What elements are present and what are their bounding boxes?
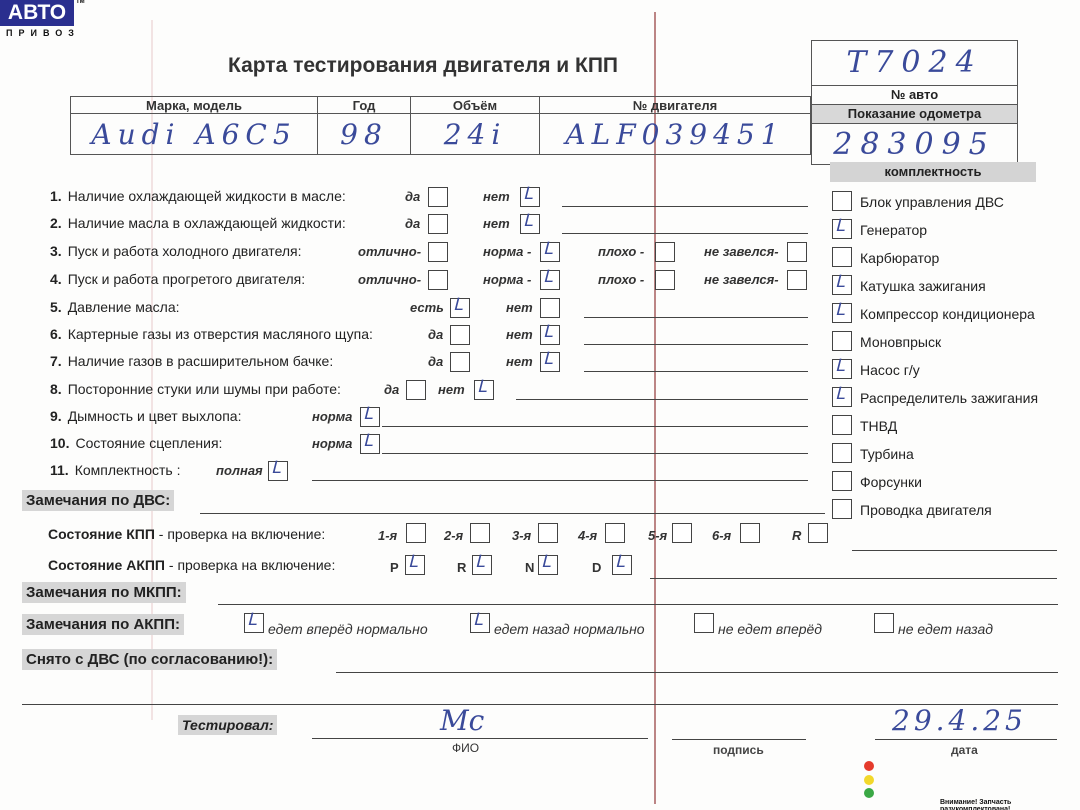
- checkbox-q5-1[interactable]: ᒪ: [450, 298, 470, 318]
- komplekt-checkbox-2[interactable]: ᒪ: [832, 219, 852, 239]
- checkmark-icon: ᒪ: [363, 404, 372, 424]
- akpp-gear-checkbox[interactable]: ᒪ: [405, 555, 425, 575]
- notes-line-q2[interactable]: [562, 233, 808, 234]
- question-11: 11.Комплектность :: [50, 462, 181, 478]
- checkbox-q2-2[interactable]: ᒪ: [520, 214, 540, 234]
- option-label: плохо -: [598, 272, 644, 287]
- option-label: полная: [216, 463, 263, 478]
- odometer-value[interactable]: 283095: [812, 124, 1017, 164]
- date-caption: дата: [951, 743, 978, 757]
- komplekt-checkbox-3[interactable]: [832, 247, 852, 267]
- akpp-gear-checkbox[interactable]: ᒪ: [538, 555, 558, 575]
- checkbox-q8-1[interactable]: [406, 380, 426, 400]
- checkbox-q4-3[interactable]: [655, 270, 675, 290]
- kpp-gear-checkbox[interactable]: [406, 523, 426, 543]
- question-text: Комплектность :: [75, 462, 181, 478]
- option-label: есть: [410, 300, 444, 315]
- akpp-label-rest: - проверка на включение:: [165, 557, 335, 573]
- option-label: норма -: [483, 244, 531, 259]
- checkmark-icon: ᒪ: [835, 272, 844, 292]
- komplekt-checkbox-10[interactable]: [832, 443, 852, 463]
- question-5: 5.Давление масла:: [50, 299, 180, 315]
- komplekt-item-label: Генератор: [860, 222, 927, 238]
- notes-line-q7[interactable]: [584, 371, 808, 372]
- komplekt-checkbox-6[interactable]: [832, 331, 852, 351]
- komplekt-checkbox-7[interactable]: ᒪ: [832, 359, 852, 379]
- akpp-gear-label: N: [525, 560, 534, 575]
- signature-line[interactable]: [672, 739, 806, 740]
- checkmark-icon: ᒪ: [408, 552, 417, 572]
- checkmark-icon: ᒪ: [543, 322, 552, 342]
- komplekt-checkbox-5[interactable]: ᒪ: [832, 303, 852, 323]
- komplekt-item-label: Форсунки: [860, 474, 922, 490]
- checkbox-q5-2[interactable]: [540, 298, 560, 318]
- kpp-gear-label: 6-я: [712, 528, 731, 543]
- page-title: Карта тестирования двигателя и КПП: [228, 54, 618, 78]
- akpp-label-bold: Состояние АКПП: [48, 557, 165, 573]
- komplekt-checkbox-11[interactable]: [832, 471, 852, 491]
- make-value[interactable]: Audi A6C5: [71, 114, 318, 155]
- akpp-gear-label: P: [390, 560, 399, 575]
- akpp-gear-checkbox[interactable]: ᒪ: [472, 555, 492, 575]
- question-number: 5.: [50, 299, 62, 315]
- question-text: Дымность и цвет выхлопа:: [68, 408, 242, 424]
- checkbox-q6-1[interactable]: [450, 325, 470, 345]
- question-text: Состояние сцепления:: [75, 435, 222, 451]
- remarks-akpp-label: Замечания по АКПП:: [22, 614, 184, 635]
- checkmark-icon: ᒪ: [835, 300, 844, 320]
- checkbox-q3-2[interactable]: ᒪ: [540, 242, 560, 262]
- notes-line-q5[interactable]: [584, 317, 808, 318]
- status-dot-red: [864, 761, 874, 771]
- akpp-gear-checkbox[interactable]: ᒪ: [612, 555, 632, 575]
- komplekt-checkbox-4[interactable]: ᒪ: [832, 275, 852, 295]
- warning-text: Внимание! Запчасть разукомплектована!: [940, 799, 1080, 810]
- komplektnost-header: комплектность: [830, 162, 1036, 182]
- question-text: Посторонние стуки или шумы при работе:: [68, 381, 341, 397]
- option-label: плохо -: [598, 244, 644, 259]
- removed-line[interactable]: [336, 672, 1058, 673]
- akpp-remark-checkbox[interactable]: ᒪ: [470, 613, 490, 633]
- question-number: 11.: [50, 462, 69, 478]
- akpp-remark-label: едет назад нормально: [494, 621, 645, 637]
- engine-no-value[interactable]: ALF039451: [540, 114, 811, 155]
- checkbox-q4-1[interactable]: [428, 270, 448, 290]
- komplekt-item-label: Проводка двигателя: [860, 502, 992, 518]
- question-number: 4.: [50, 271, 62, 287]
- question-7: 7.Наличие газов в расширительном бачке:: [50, 353, 333, 369]
- question-2: 2.Наличие масла в охлаждающей жидкости:: [50, 215, 346, 231]
- question-9: 9.Дымность и цвет выхлопа:: [50, 408, 241, 424]
- date-line[interactable]: [875, 739, 1057, 740]
- kpp-gear-label: 4-я: [578, 528, 597, 543]
- question-8: 8.Посторонние стуки или шумы при работе:: [50, 381, 341, 397]
- option-label: нет: [438, 382, 465, 397]
- question-number: 6.: [50, 326, 62, 342]
- checkbox-q2-1[interactable]: [428, 214, 448, 234]
- kpp-gear-checkbox[interactable]: [538, 523, 558, 543]
- year-value[interactable]: 98: [318, 114, 411, 155]
- komplekt-item-label: Моновпрыск: [860, 334, 941, 350]
- option-label: да: [428, 354, 443, 369]
- signature-caption: подпись: [713, 743, 764, 757]
- komplekt-item-label: Распределитель зажигания: [860, 390, 1038, 406]
- removed-label: Снято с ДВС (по согласованию!):: [22, 649, 277, 670]
- kpp-notes-line[interactable]: [852, 550, 1057, 551]
- akpp-gear-label: R: [457, 560, 466, 575]
- option-label: нет: [483, 189, 510, 204]
- question-number: 3.: [50, 243, 62, 259]
- status-dot-yellow: [864, 775, 874, 785]
- trademark: TM: [76, 0, 85, 5]
- option-label: норма: [312, 436, 352, 451]
- checkmark-icon: ᒪ: [363, 431, 372, 451]
- question-text: Картерные газы из отверстия масляного щу…: [68, 326, 373, 342]
- col-header-year: Год: [318, 97, 411, 114]
- odometer-label: Показание одометра: [812, 105, 1017, 124]
- checkmark-icon: ᒪ: [523, 184, 532, 204]
- option-label: да: [428, 327, 443, 342]
- option-label: нет: [483, 216, 510, 231]
- checkbox-q9-1[interactable]: ᒪ: [360, 407, 380, 427]
- checkmark-icon: ᒪ: [835, 216, 844, 236]
- akpp-remark-label: не едет назад: [898, 621, 993, 637]
- kpp-gear-label: 5-я: [648, 528, 667, 543]
- checkbox-q7-1[interactable]: [450, 352, 470, 372]
- komplekt-item-label: Карбюратор: [860, 250, 939, 266]
- kpp-gear-label: R: [792, 528, 801, 543]
- checkmark-icon: ᒪ: [615, 552, 624, 572]
- komplekt-checkbox-12[interactable]: [832, 499, 852, 519]
- col-header-make: Марка, модель: [71, 97, 318, 114]
- akpp-remark-checkbox[interactable]: [874, 613, 894, 633]
- volume-value[interactable]: 24i: [411, 114, 540, 155]
- question-text: Пуск и работа прогретого двигателя:: [68, 271, 305, 287]
- akpp-label: Состояние АКПП - проверка на включение:: [48, 557, 335, 573]
- question-number: 2.: [50, 215, 62, 231]
- checkmark-icon: ᒪ: [475, 552, 484, 572]
- checkbox-q1-1[interactable]: [428, 187, 448, 207]
- kpp-gear-label: 1-я: [378, 528, 397, 543]
- question-10: 10.Состояние сцепления:: [50, 435, 222, 451]
- checkbox-q3-3[interactable]: [655, 242, 675, 262]
- question-number: 9.: [50, 408, 62, 424]
- komplekt-checkbox-1[interactable]: [832, 191, 852, 211]
- question-text: Давление масла:: [68, 299, 180, 315]
- question-number: 7.: [50, 353, 62, 369]
- option-label: да: [405, 216, 420, 231]
- checkmark-icon: ᒪ: [835, 384, 844, 404]
- option-label: нет: [506, 300, 533, 315]
- question-number: 8.: [50, 381, 62, 397]
- kpp-gear-checkbox[interactable]: [470, 523, 490, 543]
- option-label: да: [405, 189, 420, 204]
- option-label: нет: [506, 354, 533, 369]
- option-label: норма: [312, 409, 352, 424]
- kpp-gear-label: 2-я: [444, 528, 463, 543]
- question-text: Пуск и работа холодного двигателя:: [68, 243, 302, 259]
- akpp-remark-label: едет вперёд нормально: [268, 621, 428, 637]
- checkbox-q4-2[interactable]: ᒪ: [540, 270, 560, 290]
- kpp-gear-checkbox[interactable]: [605, 523, 625, 543]
- akpp-remark-checkbox[interactable]: ᒪ: [244, 613, 264, 633]
- remarks-mkpp-line[interactable]: [218, 604, 1058, 605]
- komplekt-item-label: ТНВД: [860, 418, 897, 434]
- checkmark-icon: ᒪ: [523, 211, 532, 231]
- tested-label: Тестировал:: [178, 715, 277, 735]
- question-3: 3.Пуск и работа холодного двигателя:: [50, 243, 302, 259]
- option-label: норма -: [483, 272, 531, 287]
- kpp-gear-checkbox[interactable]: [740, 523, 760, 543]
- akpp-remark-label: не едет вперёд: [718, 621, 822, 637]
- checkbox-q10-1[interactable]: ᒪ: [360, 434, 380, 454]
- option-label: не завелся-: [704, 244, 779, 259]
- kpp-gear-checkbox[interactable]: [808, 523, 828, 543]
- auto-box: T7024 № авто Показание одометра 283095: [811, 40, 1018, 165]
- remarks-dvs-line[interactable]: [200, 513, 825, 514]
- date-value[interactable]: 29.4.25: [892, 704, 1027, 737]
- akpp-remark-checkbox[interactable]: [694, 613, 714, 633]
- option-label: отлично-: [358, 272, 421, 287]
- kpp-gear-label: 3-я: [512, 528, 531, 543]
- komplekt-checkbox-8[interactable]: ᒪ: [832, 387, 852, 407]
- akpp-notes-line[interactable]: [650, 578, 1057, 579]
- col-header-engine-no: № двигателя: [540, 97, 811, 114]
- komplekt-item-label: Компрессор кондиционера: [860, 306, 1035, 322]
- vehicle-header-table: Марка, модель Год Объём № двигателя Audi…: [70, 96, 811, 155]
- komplekt-item-label: Блок управления ДВС: [860, 194, 1004, 210]
- notes-line-q8[interactable]: [516, 399, 808, 400]
- checkmark-icon: ᒪ: [453, 295, 462, 315]
- kpp-label-rest: - проверка на включение:: [155, 526, 325, 542]
- kpp-label-bold: Состояние КПП: [48, 526, 155, 542]
- kpp-gear-checkbox[interactable]: [672, 523, 692, 543]
- komplekt-item-label: Турбина: [860, 446, 914, 462]
- komplekt-item-label: Катушка зажигания: [860, 278, 986, 294]
- remarks-dvs-label: Замечания по ДВС:: [22, 490, 174, 511]
- logo-subtitle: ПРИВОЗ: [6, 28, 80, 38]
- checkbox-q3-4[interactable]: [787, 242, 807, 262]
- checkmark-icon: ᒪ: [271, 458, 280, 478]
- remarks-mkpp-label: Замечания по МКПП:: [22, 582, 186, 603]
- fio-caption: ФИО: [452, 741, 479, 755]
- question-4: 4.Пуск и работа прогретого двигателя:: [50, 271, 305, 287]
- checkmark-icon: ᒪ: [543, 267, 552, 287]
- fio-value[interactable]: Мс: [440, 704, 484, 737]
- notes-line-q6[interactable]: [584, 344, 808, 345]
- status-dot-green: [864, 788, 874, 798]
- checkbox-q8-2[interactable]: ᒪ: [474, 380, 494, 400]
- checkmark-icon: ᒪ: [835, 356, 844, 376]
- checkbox-q3-1[interactable]: [428, 242, 448, 262]
- option-label: отлично-: [358, 244, 421, 259]
- notes-line-q1[interactable]: [562, 206, 808, 207]
- akpp-gear-label: D: [592, 560, 601, 575]
- fio-line[interactable]: [312, 738, 648, 739]
- checkmark-icon: ᒪ: [543, 349, 552, 369]
- auto-number-value[interactable]: T7024: [812, 41, 1017, 86]
- checkmark-icon: ᒪ: [543, 239, 552, 259]
- notes-line-q9[interactable]: [382, 426, 808, 427]
- checkbox-q1-2[interactable]: ᒪ: [520, 187, 540, 207]
- question-text: Наличие охлаждающей жидкости в масле:: [68, 188, 346, 204]
- checkmark-icon: ᒪ: [473, 610, 482, 630]
- question-text: Наличие масла в охлаждающей жидкости:: [68, 215, 346, 231]
- option-label: да: [384, 382, 399, 397]
- komplekt-item-label: Насос г/у: [860, 362, 920, 378]
- checkbox-q6-2[interactable]: ᒪ: [540, 325, 560, 345]
- option-label: нет: [506, 327, 533, 342]
- col-header-volume: Объём: [411, 97, 540, 114]
- checkbox-q11-1[interactable]: ᒪ: [268, 461, 288, 481]
- checkmark-icon: ᒪ: [477, 377, 486, 397]
- question-number: 1.: [50, 188, 62, 204]
- auto-number-label: № авто: [812, 86, 1017, 105]
- option-label: не завелся-: [704, 272, 779, 287]
- notes-line-q10[interactable]: [382, 453, 808, 454]
- logo: АВТО: [0, 0, 74, 26]
- checkbox-q7-2[interactable]: ᒪ: [540, 352, 560, 372]
- checkmark-icon: ᒪ: [247, 610, 256, 630]
- checkbox-q4-4[interactable]: [787, 270, 807, 290]
- question-1: 1.Наличие охлаждающей жидкости в масле:: [50, 188, 346, 204]
- notes-line-q11[interactable]: [312, 480, 808, 481]
- question-text: Наличие газов в расширительном бачке:: [68, 353, 334, 369]
- question-6: 6.Картерные газы из отверстия масляного …: [50, 326, 373, 342]
- kpp-label: Состояние КПП - проверка на включение:: [48, 526, 325, 542]
- checkmark-icon: ᒪ: [541, 552, 550, 572]
- komplekt-checkbox-9[interactable]: [832, 415, 852, 435]
- question-number: 10.: [50, 435, 69, 451]
